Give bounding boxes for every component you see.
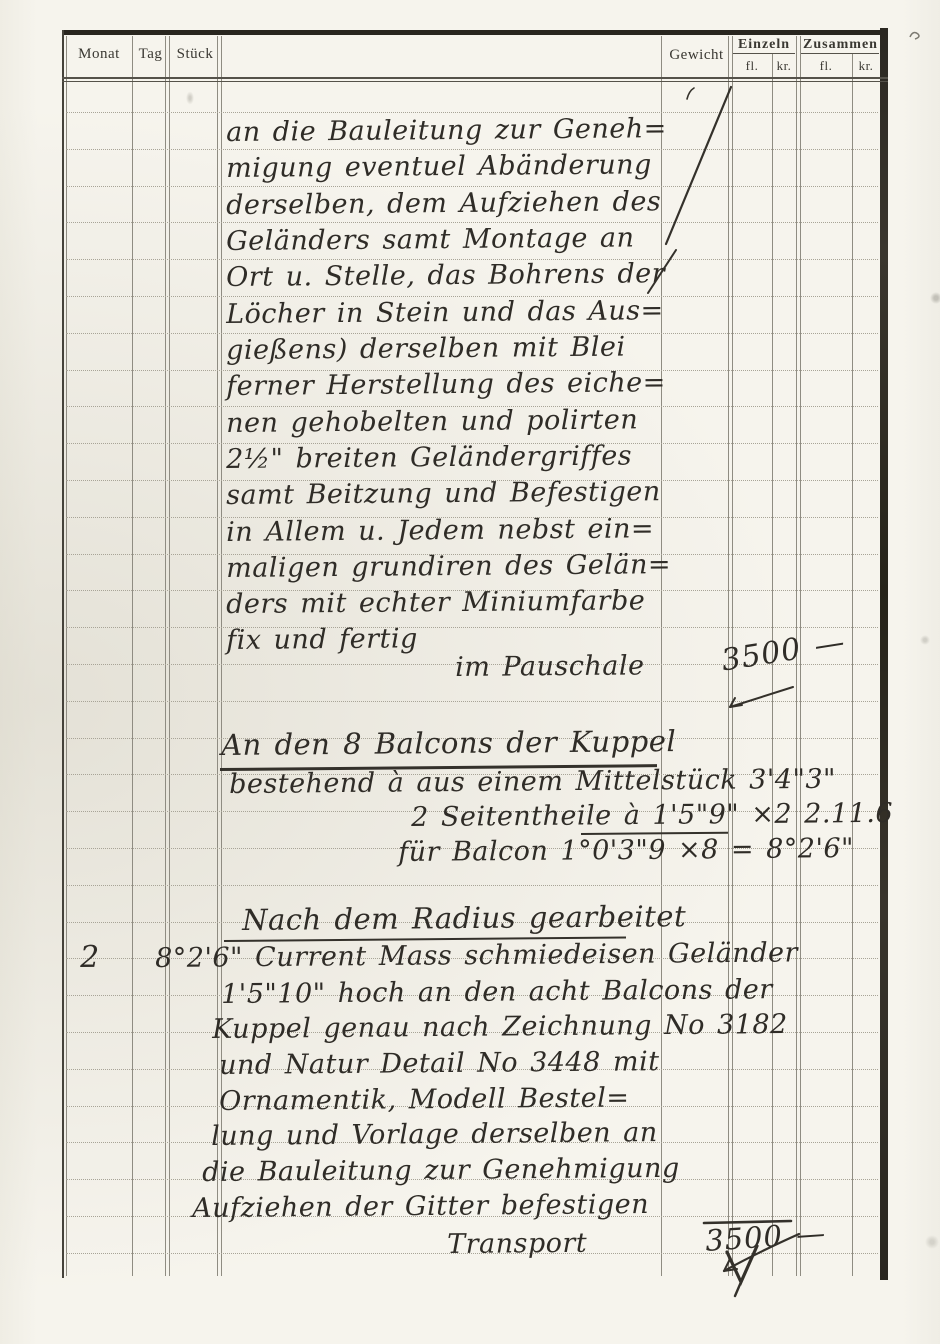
handwriting-line: derselben, dem Aufziehen des [226, 184, 661, 224]
handwriting-line: ders mit echter Miniumfarbe [226, 583, 645, 623]
handwriting-line: 8°2'6" Current Mass schmiedeisen Gelände… [155, 935, 798, 977]
handwriting-line: gießens) derselben mit Blei [226, 330, 626, 369]
check-flourish-tail [735, 1282, 741, 1296]
handwriting-line: fix und fertig [226, 621, 418, 659]
handwriting-line: 2 Seitentheile à 1'5"9" ×2 2.11.6 [411, 796, 893, 836]
gewicht-slash-long [666, 87, 731, 244]
ledger-scan-page: Monat Tag Stück Gewicht Einzeln Zusammen… [0, 0, 940, 1344]
ruled-line [66, 885, 878, 886]
col-header-zusammen-fl: fl. [800, 58, 852, 74]
col-header-gewicht: Gewicht [661, 47, 732, 64]
handwriting-line: Kuppel genau nach Zeichnung No 3182 [212, 1007, 788, 1048]
handwriting-line: für Balcon 1°0'3"9 ×8 = 8°2'6" [398, 831, 854, 871]
col-header-tag: Tag [132, 46, 169, 63]
table-border-top [62, 30, 888, 35]
col-header-zusammen-kr: kr. [852, 58, 880, 74]
handwriting-line: maligen grundiren des Gelän= [226, 547, 671, 587]
amount-arrow-stroke [730, 687, 793, 707]
ruled-line [66, 701, 878, 702]
col-header-einzeln: Einzeln [732, 37, 796, 53]
col-header-monat: Monat [66, 46, 132, 63]
pauschale-label: im Pauschale [455, 648, 645, 686]
handwriting-line: Löcher in Stein und das Aus= [226, 293, 664, 333]
table-border-left [62, 30, 64, 1278]
handwriting-line: 2½" breiten Geländergriffes [226, 438, 632, 478]
handwriting-line: samt Beitzung und Befestigen [226, 474, 661, 514]
handwriting-line: Geländers samt Montage an [226, 220, 635, 260]
col-header-einzeln-fl: fl. [732, 58, 772, 74]
ruled-line [66, 627, 878, 628]
col-header-einzeln-kr: kr. [772, 58, 796, 74]
gewicht-tick-mark [687, 88, 694, 99]
section-title-balcons: An den 8 Balcons der Kuppel [221, 723, 676, 763]
handwriting-line: lung und Vorlage derselben an [211, 1115, 658, 1155]
einzeln-amount-1: 3500 — [719, 624, 848, 679]
handwriting-line: an die Bauleitung zur Geneh= [226, 111, 667, 151]
zusammen-divider [801, 53, 879, 54]
handwriting-line: Ort u. Stelle, das Bohrens der [226, 256, 665, 296]
item-number: 2 [80, 940, 100, 976]
check-flourish-head [724, 1261, 737, 1271]
handwriting-line: migung eventuel Abänderung [226, 147, 652, 187]
header-rule-thick [62, 77, 888, 79]
col-header-stueck: Stück [169, 46, 221, 63]
handwriting-line: Aufziehen der Gitter befestigen [192, 1187, 649, 1227]
section-title-radius: Nach dem Radius gearbeitet [242, 898, 686, 938]
col-header-zusammen: Zusammen [800, 37, 881, 53]
handwriting-line: Ornamentik, Modell Bestel= [219, 1080, 630, 1120]
transport-label: Transport [447, 1226, 587, 1263]
einzeln-divider [733, 53, 795, 54]
handwriting-line: nen gehobelten und polirten [226, 402, 638, 442]
table-border-right [880, 28, 888, 1280]
header-rule-thin [62, 81, 888, 82]
handwriting-line: und Natur Detail No 3448 mit [219, 1044, 660, 1084]
handwriting-line: in Allem u. Jedem nebst ein= [226, 511, 654, 551]
handwriting-line: ferner Herstellung des eiche= [226, 365, 666, 405]
handwriting-line: die Bauleitung zur Genehmigung [202, 1151, 680, 1191]
corner-pencil-mark [910, 33, 919, 39]
